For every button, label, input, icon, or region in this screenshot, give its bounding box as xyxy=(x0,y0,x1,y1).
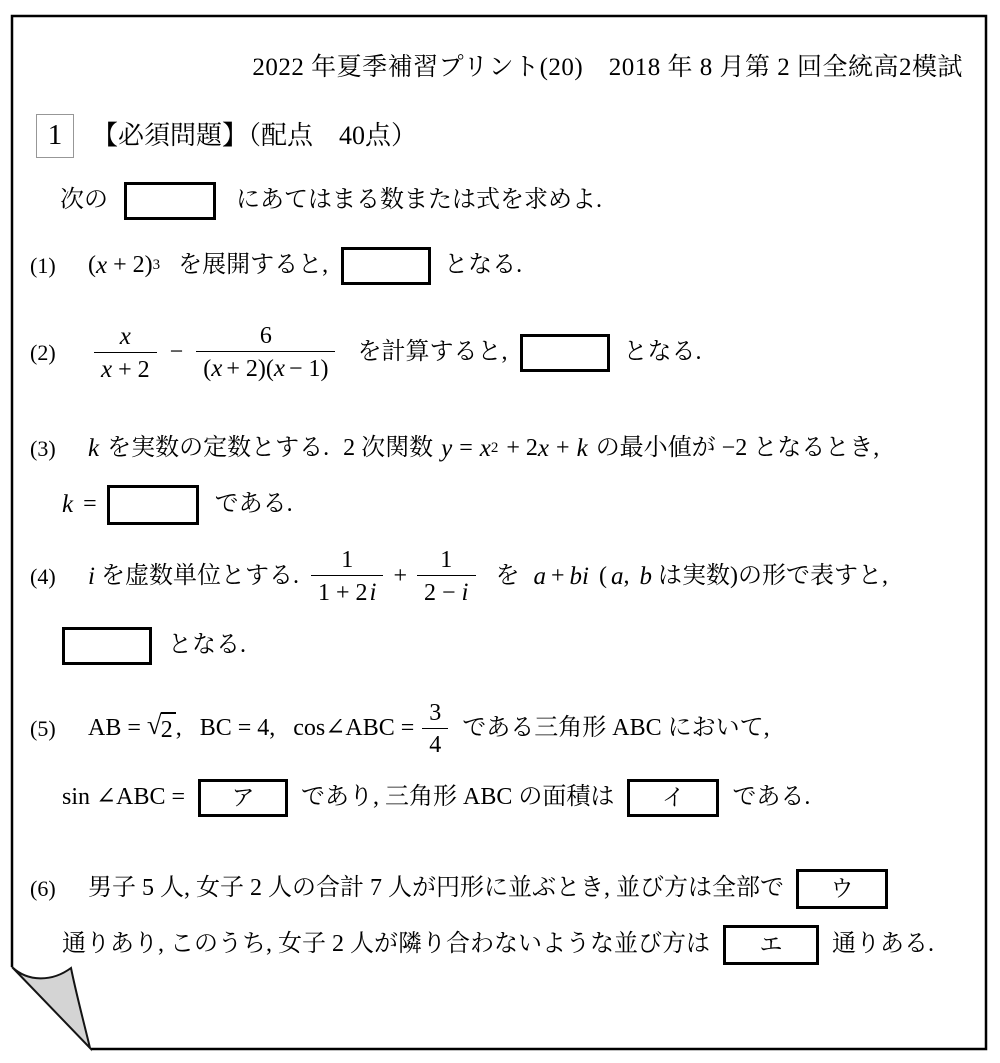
fraction-1: x x+ 2 xyxy=(94,321,157,386)
problem-1: (1) (x+ 2)3 を展開すると, となる. xyxy=(30,240,522,292)
numerator: 6 xyxy=(253,321,279,351)
numerator: x xyxy=(113,321,138,352)
math-var-x: x xyxy=(480,433,491,466)
problem-4-line2: となる. xyxy=(62,623,246,669)
math-expr: + 2 xyxy=(506,433,538,464)
math-var-a: a xyxy=(534,561,547,594)
problem-6-line1: (6) 男子 5 人, 女子 2 人の合計 7 人が円形に並ぶとき, 並び方は全… xyxy=(30,866,888,912)
problem-3-line2: k = である. xyxy=(62,482,293,528)
numerator: 3 xyxy=(422,698,448,728)
numerator: 1 xyxy=(433,545,459,575)
plus-sign: + xyxy=(393,561,407,592)
problem-header: 1 【必須問題】（配点 40点） xyxy=(36,112,417,160)
math-expr: + 2 xyxy=(118,355,150,385)
math-expr: + 2) xyxy=(113,250,153,281)
denominator: 4 xyxy=(422,728,448,760)
math-var-x: x xyxy=(211,353,222,384)
problem-4-text: を虚数単位とする. xyxy=(101,561,299,592)
math-var-x: x xyxy=(538,433,549,466)
problem-5-end: である. xyxy=(732,782,810,813)
problem-3-line1: (3) k を実数の定数とする. 2 次関数 y = x2 + 2x + k の… xyxy=(30,426,879,472)
minus-sign: − xyxy=(170,337,184,368)
problem-type-label: 【必須問題】（配点 40点） xyxy=(92,119,417,153)
instruction-pre: 次の xyxy=(60,185,108,216)
fraction-1: 1 1 + 2i xyxy=(311,545,384,608)
folded-corner-icon xyxy=(12,967,90,1048)
equals-sign: = xyxy=(459,433,473,464)
problem-3-end: である. xyxy=(215,489,293,520)
problem-number-box: 1 xyxy=(36,114,74,158)
math-expr: sin ∠ABC = xyxy=(62,782,185,813)
math-var-k: k xyxy=(88,433,99,466)
math-var-x: x xyxy=(96,250,107,283)
math-expr: + 2)( xyxy=(226,354,274,384)
problem-4-line1: (4) i を虚数単位とする. 1 1 + 2i + 1 2 −i を a + … xyxy=(30,541,888,613)
problem-3-text: を実数の定数とする. xyxy=(107,433,329,464)
math-expr: AB = xyxy=(88,713,141,744)
problem-2: (2) x x+ 2 − 6 (x+ 2)(x− 1) を計算すると, となる. xyxy=(30,311,701,395)
plus-sign: + xyxy=(551,561,565,592)
answer-box-p2 xyxy=(520,334,610,372)
answer-box-p3 xyxy=(107,485,199,525)
problem-5-line2: sin ∠ABC = ア であり, 三角形 ABC の面積は イ である. xyxy=(62,775,810,821)
plus-sign: + xyxy=(556,433,570,464)
sqrt-expression: √2 xyxy=(147,712,176,746)
math-var-k: k xyxy=(62,489,73,522)
instruction-post: にあてはまる数または式を求めよ. xyxy=(236,185,602,216)
problem-1-text: を展開すると, xyxy=(178,250,328,281)
math-var-b: b xyxy=(640,561,653,594)
answer-box-a: ア xyxy=(198,779,288,817)
math-expr: BC = 4, xyxy=(200,713,276,744)
comma: , xyxy=(624,561,630,592)
math-expr: 1 + 2 xyxy=(318,578,368,608)
math-var-i: i xyxy=(462,577,469,608)
fraction-2: 6 (x+ 2)(x− 1) xyxy=(196,321,335,384)
problem-2-label: (2) xyxy=(30,339,88,368)
math-paren: ( xyxy=(88,250,96,281)
math-expr: 2 − xyxy=(424,578,456,608)
problem-4-label: (4) xyxy=(30,563,88,592)
answer-box-p1 xyxy=(341,247,431,285)
math-var-a: a xyxy=(611,561,624,594)
fraction-2: 1 2 −i xyxy=(417,545,476,608)
answer-box-u: ウ xyxy=(796,869,888,909)
problem-1-label: (1) xyxy=(30,252,88,281)
comma: , xyxy=(176,713,182,744)
math-exponent: 2 xyxy=(491,439,499,459)
math-paren: ( xyxy=(599,561,607,592)
math-paren: ( xyxy=(203,354,211,384)
problem-6-text: 通りあり, このうち, 女子 2 人が隣り合わないような並び方は xyxy=(62,929,710,960)
math-var-x: x xyxy=(101,354,112,385)
math-var-i: i xyxy=(370,577,377,608)
problem-4-end: となる. xyxy=(168,630,246,661)
document-title: 2022 年夏季補習プリント(20) 2018 年 8 月第 2 回全統高2模試 xyxy=(252,52,963,85)
denominator: 1 + 2i xyxy=(311,575,384,608)
answer-box-e: エ xyxy=(723,925,819,965)
math-var-k: k xyxy=(577,433,588,466)
problem-6-end: 通りある. xyxy=(832,929,934,960)
answer-box-instruction xyxy=(124,182,216,220)
problem-6-label: (6) xyxy=(30,875,88,904)
problem-4-text: は実数)の形で表すと, xyxy=(658,561,888,592)
denominator: x+ 2 xyxy=(94,352,157,385)
answer-box-i: イ xyxy=(627,779,719,817)
answer-box-p4 xyxy=(62,627,152,665)
radicand: 2 xyxy=(161,712,176,746)
numerator: 1 xyxy=(334,545,360,575)
math-var-x: x xyxy=(274,353,285,384)
problem-5-text: であり, 三角形 ABC の面積は xyxy=(301,782,614,813)
math-expr: − 1) xyxy=(289,354,329,384)
equals-sign: = xyxy=(83,489,97,520)
math-var-y: y xyxy=(441,433,452,466)
problem-3-text: の最小値が −2 となるとき, xyxy=(596,433,880,464)
problem-5-line1: (5) AB = √2, BC = 4, cos∠ABC = 3 4 である三角… xyxy=(30,691,770,767)
problem-2-text: を計算すると, xyxy=(357,337,507,368)
math-expr: cos∠ABC = xyxy=(293,713,414,744)
problem-4-text: を xyxy=(496,561,520,592)
problem-6-text: 男子 5 人, 女子 2 人の合計 7 人が円形に並ぶとき, 並び方は全部で xyxy=(88,873,784,904)
problem-6-line2: 通りあり, このうち, 女子 2 人が隣り合わないような並び方は エ 通りある. xyxy=(62,922,934,968)
fraction: 3 4 xyxy=(422,698,448,760)
problem-5-label: (5) xyxy=(30,715,88,744)
problem-3-text: 2 次関数 xyxy=(343,433,433,464)
problem-2-end: となる. xyxy=(623,337,701,368)
denominator: 2 −i xyxy=(417,575,476,608)
math-var-bi: bi xyxy=(570,561,589,594)
math-var-i: i xyxy=(88,561,95,594)
problem-3-label: (3) xyxy=(30,435,88,464)
instruction-line: 次の にあてはまる数または式を求めよ. xyxy=(60,179,602,223)
problem-1-end: となる. xyxy=(444,250,522,281)
sqrt-symbol: √ xyxy=(147,712,162,739)
math-exponent: 3 xyxy=(153,256,161,276)
problem-5-text: である三角形 ABC において, xyxy=(462,713,769,744)
denominator: (x+ 2)(x− 1) xyxy=(196,351,335,384)
